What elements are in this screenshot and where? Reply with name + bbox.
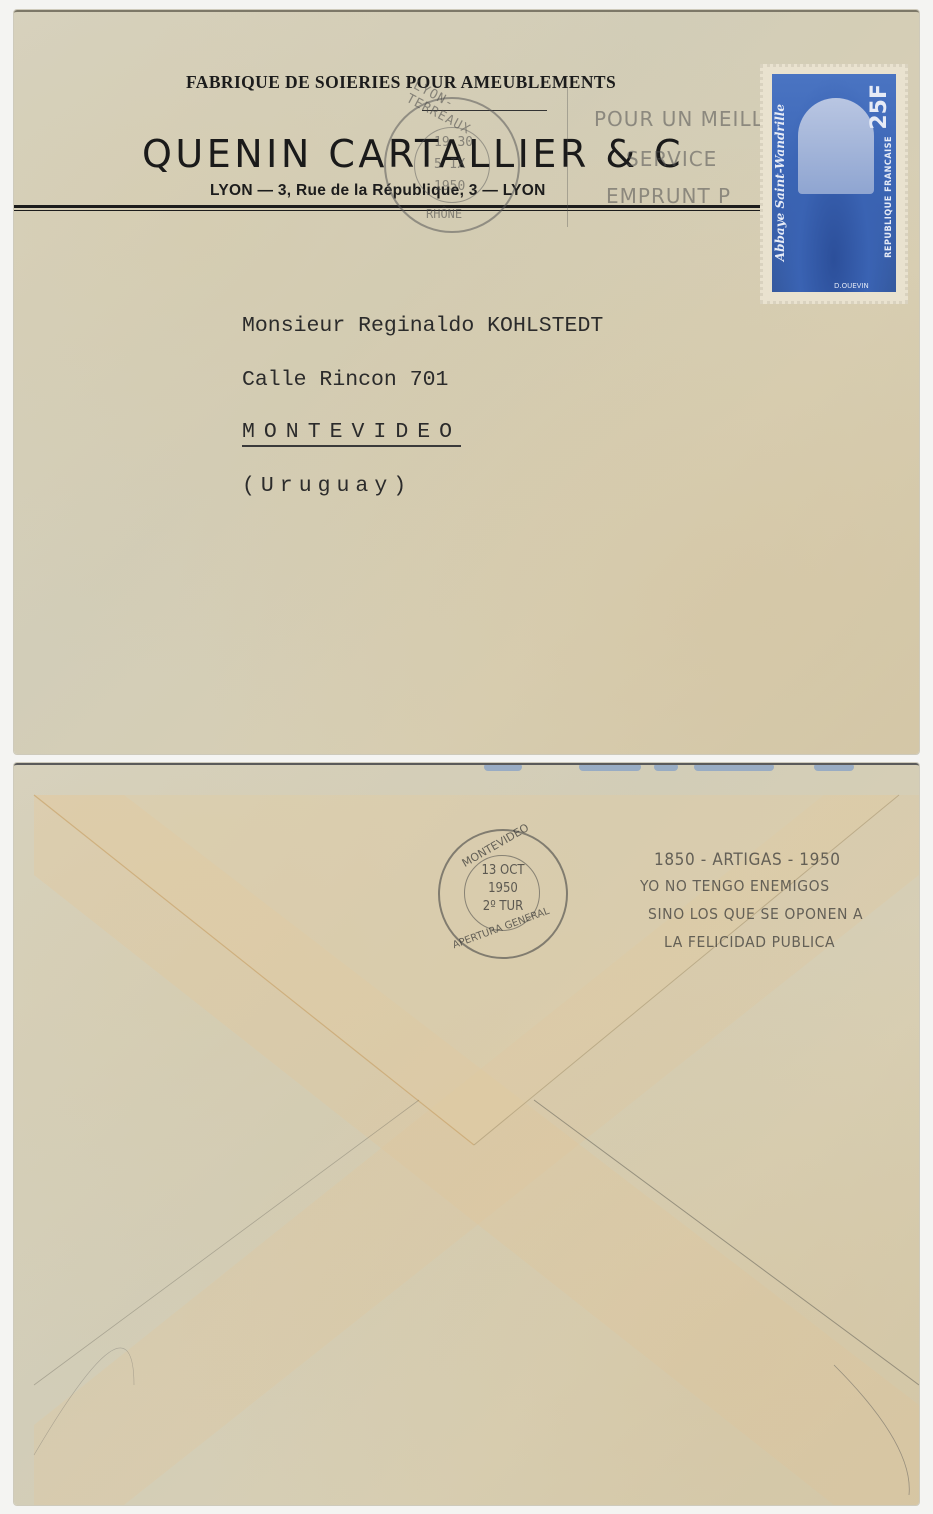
stamp-value: 25F [867,84,892,130]
tape-remnant [814,763,854,771]
postmark-date: 5 IX [434,157,465,172]
tape-remnant [484,763,522,771]
stamp-designer: D.OUEVIN [834,282,869,290]
tape-remnant [579,763,641,771]
postage-stamp: 25F REPUBLIQUE FRANCAISE Abbaye Saint-Wa… [760,64,908,304]
slogan-line: LA FELICIDAD PUBLICA [664,933,835,951]
recipient-country: (Uruguay) [242,474,412,498]
postmark-lyon: LYON-TERREAUX 19 30 5 IX 1950 RHÔNE [384,97,520,233]
postmark-year: 1950 [440,881,566,896]
stamp-design: 25F REPUBLIQUE FRANCAISE Abbaye Saint-Wa… [772,74,896,292]
slogan-line: 1850 - ARTIGAS - 1950 [654,850,841,870]
stamp-subject: Abbaye Saint-Wandrille [773,104,787,261]
recipient-city: MONTEVIDEO [242,420,461,447]
letterhead-tagline: FABRIQUE DE SOIERIES POUR AMEUBLEMENTS [186,72,616,93]
envelope-front: FABRIQUE DE SOIERIES POUR AMEUBLEMENTS Q… [14,10,919,754]
slogan-line: SINO LOS QUE SE OPONEN A [648,905,863,923]
machine-cancel-line: EMPRUNT P [606,184,731,208]
postmark-year: 1950 [434,179,465,194]
postmark-montevideo: MONTEVIDEO 13 OCT 1950 2º TUR APERTURA G… [438,829,568,959]
machine-cancel-line: SERVICE [626,147,717,171]
stamp-country: REPUBLIQUE FRANCAISE [884,136,894,258]
letterhead-rule-thin [14,210,769,211]
tape-remnant [694,763,774,771]
postmark-ring-bottom: RHÔNE [426,207,462,221]
recipient-name: Monsieur Reginaldo KOHLSTEDT [242,314,603,338]
machine-cancel-border [567,87,568,227]
tape-remnant [654,763,678,771]
slogan-line: YO NO TENGO ENEMIGOS [640,877,830,895]
envelope-back: MONTEVIDEO 13 OCT 1950 2º TUR APERTURA G… [14,763,919,1505]
recipient-street: Calle Rincon 701 [242,368,448,392]
postmark-date: 13 OCT [440,863,566,878]
stamp-abbey-arch [798,98,874,194]
postmark-time: 19 30 [434,135,473,150]
